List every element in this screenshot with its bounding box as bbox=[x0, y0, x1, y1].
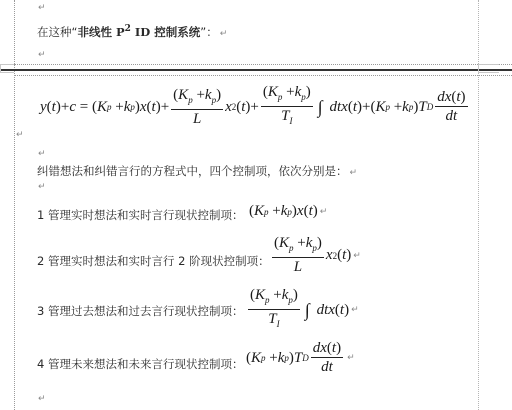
summary-line[interactable]: 纠错想法和纠错言行的方程式中，四个控制项，依次分别是：↵ bbox=[37, 163, 357, 179]
fraction-derivative: dx(t)dt bbox=[435, 89, 467, 125]
control-item-label: 3 管理过去想法和过去言行现状控制项： bbox=[37, 304, 243, 318]
paragraph-mark: ↵ bbox=[38, 182, 46, 192]
control-item-4-formula: (Kp +kp)TD dx(t)dt↵ bbox=[246, 340, 355, 376]
page-top-margin-line bbox=[14, 75, 512, 76]
page-bottom-margin-line bbox=[14, 64, 512, 65]
intro-bold-title: 非线性 P2 ID 控制系统 bbox=[77, 25, 200, 39]
integral-icon: ∫ bbox=[318, 97, 323, 118]
paragraph-mark: ↵ bbox=[38, 394, 46, 404]
paragraph-mark: ↵ bbox=[220, 29, 228, 39]
control-item-2[interactable]: 2 管理实时想法和实时言行 2 阶现状控制项： bbox=[37, 253, 270, 269]
page-corner-right bbox=[478, 64, 499, 73]
paragraph-mark: ↵ bbox=[38, 50, 46, 60]
fraction-term2: (Kp +kp)L bbox=[171, 87, 223, 128]
control-item-label: 4 管理未来想法和未来言行现状控制项： bbox=[37, 357, 243, 371]
right-margin-guide bbox=[478, 0, 479, 410]
main-equation[interactable]: y(t)+c = (Kp +kp)x(t)+ (Kp +kp)L x2(t)+ … bbox=[40, 84, 470, 130]
fraction-term3: (Kp +kp)TI bbox=[261, 84, 313, 130]
control-item-label: 1 管理实时想法和实时言行现状控制项： bbox=[37, 208, 243, 222]
intro-suffix: ”： bbox=[200, 25, 217, 39]
control-item-label: 2 管理实时想法和实时言行 2 阶现状控制项： bbox=[37, 254, 270, 268]
page-corner-left bbox=[0, 64, 14, 73]
integral-icon: ∫ bbox=[305, 300, 310, 321]
intro-line[interactable]: 在这种“非线性 P2 ID 控制系统”：↵ bbox=[37, 24, 227, 40]
control-item-3-formula: (Kp +kp)TI ∫ dtx(t)↵ bbox=[246, 287, 359, 333]
control-item-1-formula: (Kp +kp)x(t)↵ bbox=[249, 203, 327, 220]
control-item-1[interactable]: 1 管理实时想法和实时言行现状控制项： bbox=[37, 207, 243, 223]
paragraph-mark: ↵ bbox=[38, 149, 46, 159]
intro-prefix: 在这种“ bbox=[37, 25, 77, 39]
control-item-2-formula: (Kp +kp)L x2(t)↵ bbox=[270, 235, 361, 276]
paragraph-mark: ↵ bbox=[16, 130, 24, 140]
page-break-line bbox=[0, 69, 512, 71]
control-item-4[interactable]: 4 管理未来想法和未来言行现状控制项： bbox=[37, 356, 243, 372]
control-item-3[interactable]: 3 管理过去想法和过去言行现状控制项： bbox=[37, 303, 243, 319]
left-margin-guide bbox=[14, 0, 15, 410]
paragraph-mark: ↵ bbox=[38, 3, 46, 13]
